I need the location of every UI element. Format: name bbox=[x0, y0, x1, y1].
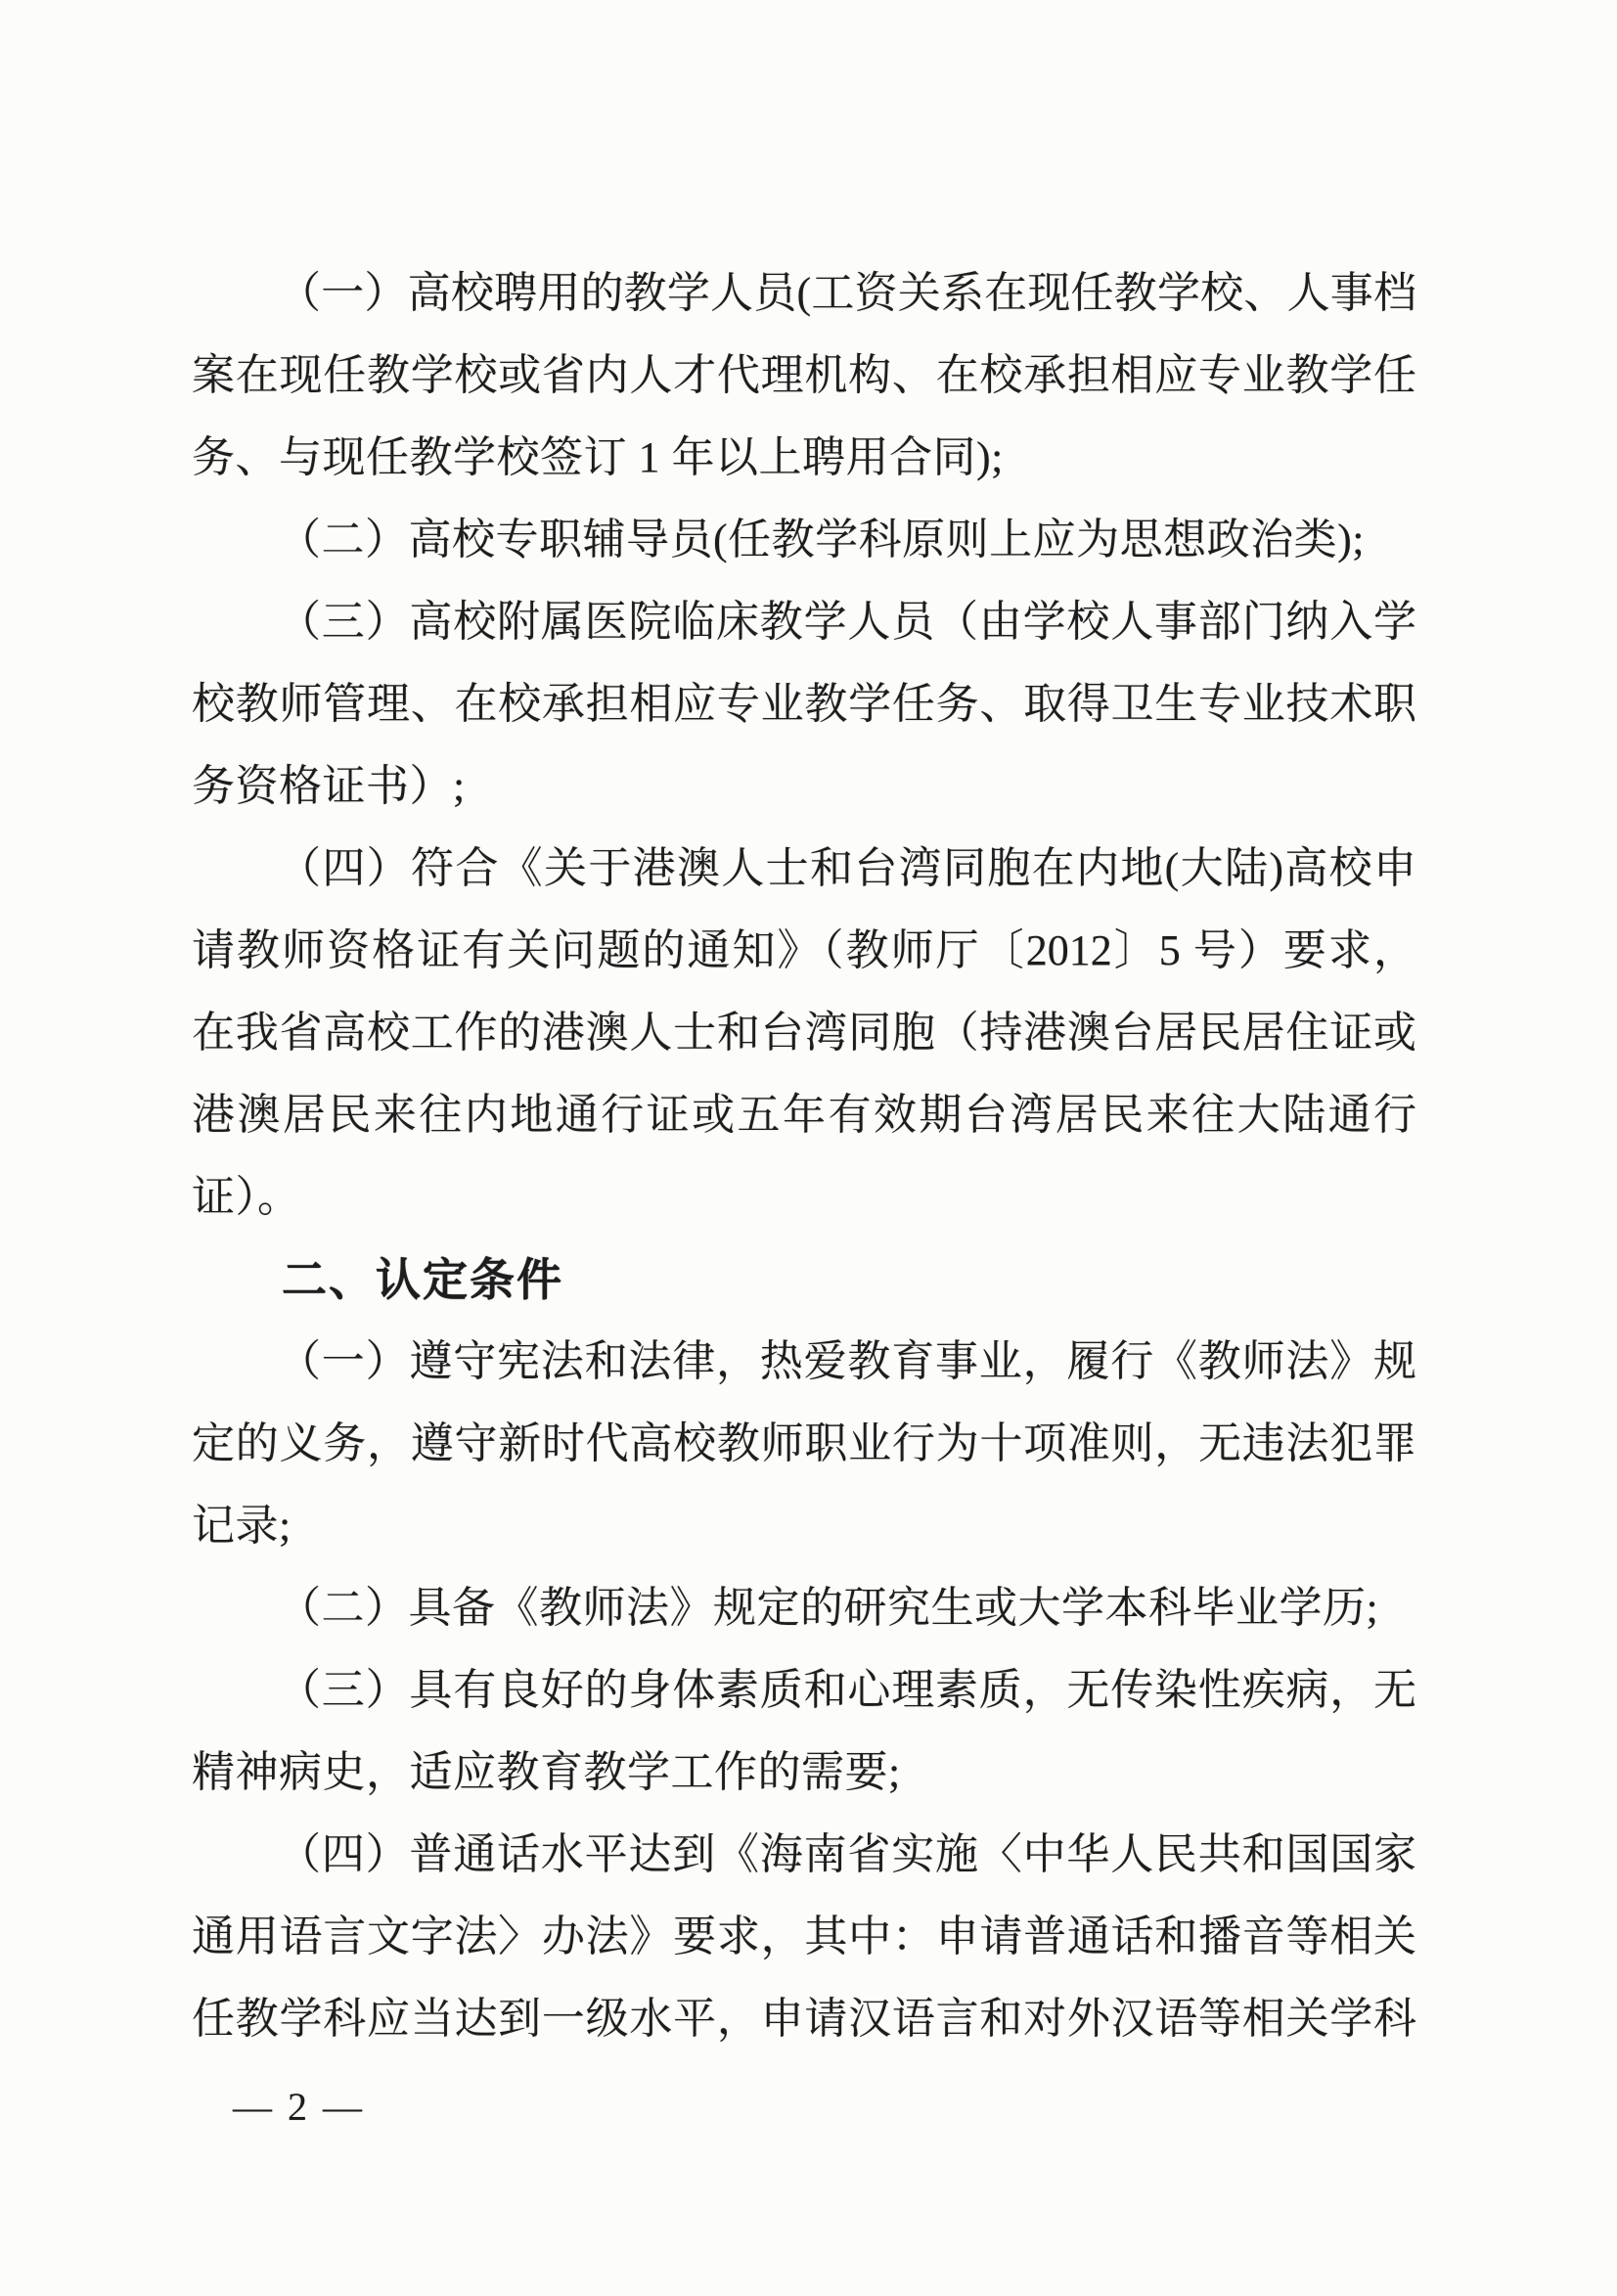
text-line: 务、与现任教学校签订 1 年以上聘用合同); bbox=[192, 417, 1416, 499]
text-line: 案在现任教学校或省内人才代理机构、在校承担相应专业教学任 bbox=[192, 335, 1416, 417]
text-line: 请教师资格证有关问题的通知》（教师厅〔2012〕5 号）要求， bbox=[192, 910, 1416, 992]
text-line: （三）具有良好的身体素质和心理素质，无传染性疾病，无 bbox=[192, 1649, 1416, 1732]
text-line: 精神病史，适应教育教学工作的需要; bbox=[192, 1732, 1416, 1814]
document-body: （一）高校聘用的教学人员(工资关系在现任教学校、人事档案在现任教学校或省内人才代… bbox=[192, 252, 1416, 2060]
text-line: （二）高校专职辅导员(任教学科原则上应为思想政治类); bbox=[192, 499, 1416, 581]
text-line: （四）普通话水平达到《海南省实施〈中华人民共和国国家 bbox=[192, 1814, 1416, 1896]
text-line: 定的义务，遵守新时代高校教师职业行为十项准则，无违法犯罪 bbox=[192, 1403, 1416, 1485]
text-line: （一）高校聘用的教学人员(工资关系在现任教学校、人事档 bbox=[192, 252, 1416, 335]
section-heading: 二、认定条件 bbox=[192, 1238, 1416, 1321]
text-line: （三）高校附属医院临床教学人员（由学校人事部门纳入学 bbox=[192, 581, 1416, 663]
text-line: 校教师管理、在校承担相应专业教学任务、取得卫生专业技术职 bbox=[192, 663, 1416, 745]
text-line: 港澳居民来往内地通行证或五年有效期台湾居民来往大陆通行 bbox=[192, 1074, 1416, 1156]
text-line: 任教学科应当达到一级水平，申请汉语言和对外汉语等相关学科 bbox=[192, 1978, 1416, 2060]
text-line: 证）。 bbox=[192, 1156, 1416, 1238]
page-number: — 2 — bbox=[233, 2076, 365, 2138]
document-page: （一）高校聘用的教学人员(工资关系在现任教学校、人事档案在现任教学校或省内人才代… bbox=[0, 0, 1617, 2296]
text-line: 通用语言文字法〉办法》要求，其中：申请普通话和播音等相关 bbox=[192, 1896, 1416, 1978]
text-line: 务资格证书）; bbox=[192, 745, 1416, 828]
text-line: 记录; bbox=[192, 1485, 1416, 1567]
text-line: （四）符合《关于港澳人士和台湾同胞在内地(大陆)高校申 bbox=[192, 828, 1416, 910]
text-line: （二）具备《教师法》规定的研究生或大学本科毕业学历; bbox=[192, 1567, 1416, 1649]
text-line: （一）遵守宪法和法律，热爱教育事业，履行《教师法》规 bbox=[192, 1321, 1416, 1403]
text-line: 在我省高校工作的港澳人士和台湾同胞（持港澳台居民居住证或 bbox=[192, 992, 1416, 1074]
